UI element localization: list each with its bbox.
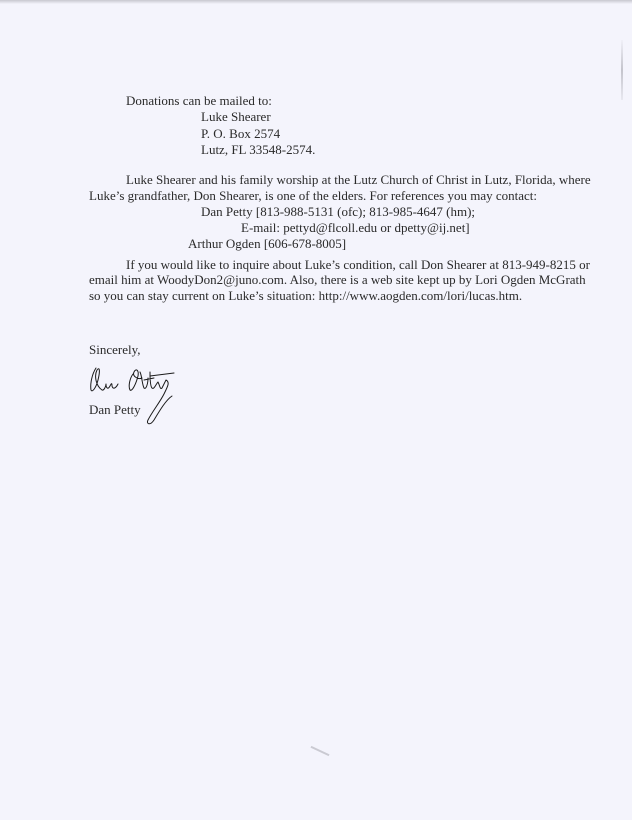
donations-po-box: P. O. Box 2574 <box>201 126 280 141</box>
paragraph2-line1: If you would like to inquire about Luke’… <box>126 257 590 272</box>
signature-image <box>88 360 178 430</box>
donations-intro: Donations can be mailed to: <box>126 93 272 108</box>
scan-speck <box>311 746 330 756</box>
reference-dan-petty-email: E-mail: pettyd@flcoll.edu or dpetty@ij.n… <box>241 220 470 235</box>
signer-name: Dan Petty <box>89 402 141 417</box>
scan-edge-shadow <box>0 0 632 4</box>
scanned-letter-page: Donations can be mailed to: Luke Shearer… <box>0 0 632 820</box>
paragraph1-line2: Luke’s grandfather, Don Shearer, is one … <box>89 188 537 203</box>
reference-dan-petty: Dan Petty [813-988-5131 (ofc); 813-985-4… <box>201 204 475 219</box>
closing: Sincerely, <box>89 342 141 357</box>
paragraph1-line1: Luke Shearer and his family worship at t… <box>126 172 591 187</box>
reference-arthur-ogden: Arthur Ogden [606-678-8005] <box>188 236 346 251</box>
donations-city: Lutz, FL 33548-2574. <box>201 142 315 157</box>
scan-artifact <box>621 40 623 100</box>
donations-name: Luke Shearer <box>201 109 271 124</box>
paragraph2-line2: email him at WoodyDon2@juno.com. Also, t… <box>89 272 586 287</box>
paragraph2-line3: so you can stay current on Luke’s situat… <box>89 288 522 303</box>
